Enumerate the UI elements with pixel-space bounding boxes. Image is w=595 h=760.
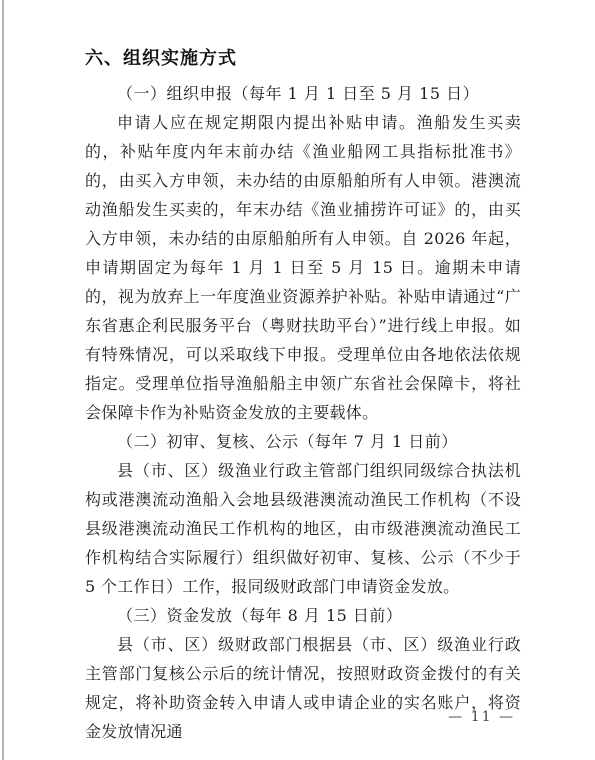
page-number: — 11 — xyxy=(448,709,515,725)
subsection-2-paragraph: 县（市、区）级渔业行政主管部门组织同级综合执法机构或港澳流动渔船入会地县级港澳流… xyxy=(85,456,521,601)
subsection-1-heading: （一）组织申报（每年 1 月 1 日至 5 月 15 日） xyxy=(85,79,521,108)
subsection-1-paragraph: 申请人应在规定期限内提出补贴申请。渔船发生买卖的，补贴年度内年末前办结《渔业船网… xyxy=(85,108,521,427)
scan-edge-line xyxy=(2,0,4,760)
document-content: 六、组织实施方式 （一）组织申报（每年 1 月 1 日至 5 月 15 日） 申… xyxy=(85,44,521,746)
subsection-3-heading: （三）资金发放（每年 8 月 15 日前） xyxy=(85,601,521,630)
section-heading: 六、组织实施方式 xyxy=(85,44,521,73)
subsection-2-heading: （二）初审、复核、公示（每年 7 月 1 日前） xyxy=(85,427,521,456)
document-page: 六、组织实施方式 （一）组织申报（每年 1 月 1 日至 5 月 15 日） 申… xyxy=(0,0,595,760)
subsection-3-paragraph: 县（市、区）级财政部门根据县（市、区）级渔业行政主管部门复核公示后的统计情况，按… xyxy=(85,630,521,746)
